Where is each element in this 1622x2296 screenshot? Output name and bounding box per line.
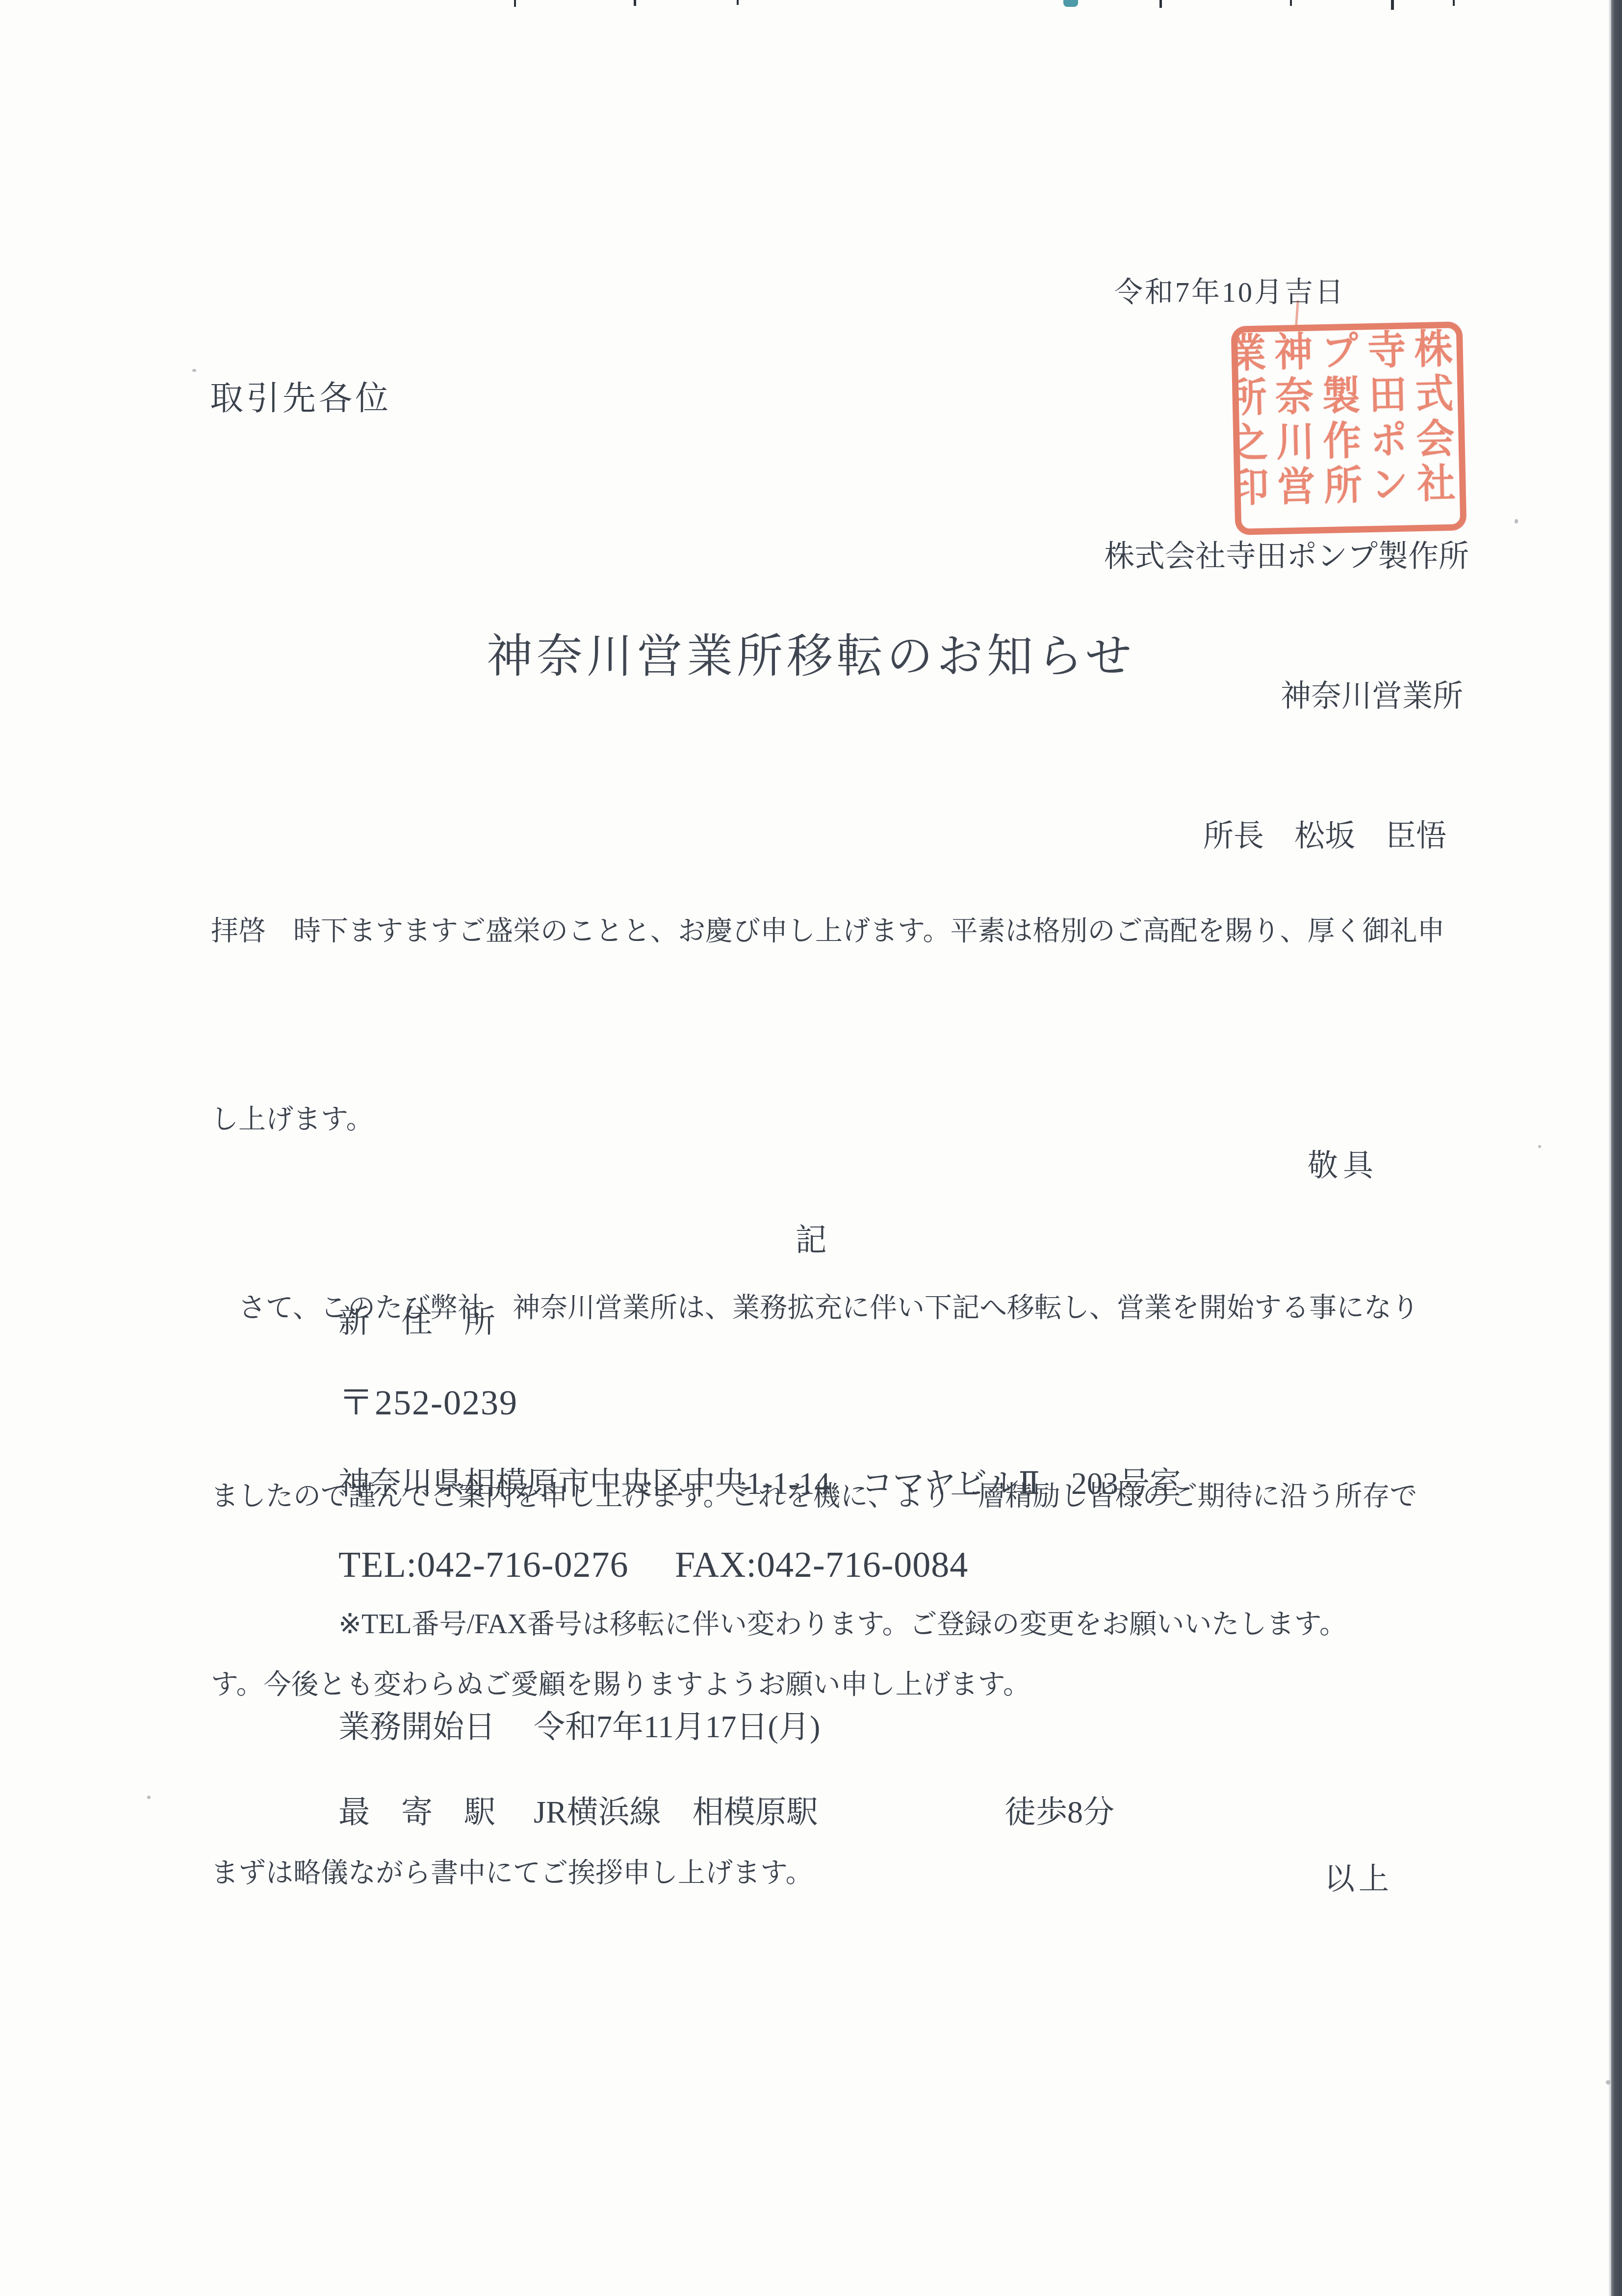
end-marker-ijou: 以上 [1324,1854,1393,1898]
business-start-date: 令和7年11月17日(月) [534,1701,820,1747]
letter-date: 令和7年10月吉日 [1114,269,1345,310]
new-address-label: 新 住 所 [338,1296,495,1341]
scan-artifact-teal [1063,0,1078,7]
business-start-label: 業務開始日 [338,1701,495,1747]
tel-fax-line: TEL:042-716-0276 FAX:042-716-0084 [338,1536,968,1588]
tel-change-note: ※TEL番号/FAX番号は移転に伴い変わります。ご登録の変更をお願いいたします。 [338,1602,1347,1642]
postal-code: 〒252-0239 [338,1374,518,1425]
scan-speck [192,369,196,372]
scan-artifact [1290,0,1292,6]
sender-block: 株式会社寺田ポンプ製作所 神奈川営業所 所長 松坂 臣悟 [1104,441,1469,953]
recipient-line: 取引先各位 [210,372,391,419]
new-address-value: 神奈川県相模原市中央区中央1-1-14 コマヤビルⅡ 203号室 [338,1458,1181,1503]
nearest-station-value: JR横浜線 相模原駅 [534,1787,818,1832]
scan-edge-band [1611,0,1622,2296]
body-line-6: まずは略儀ながら書中にてご挨拶申し上げます。 [211,1842,1447,1905]
scan-speck [1606,2080,1611,2085]
record-marker-ki: 記 [0,1215,1622,1260]
scan-edge-shadow [1608,0,1611,2296]
sender-company: 株式会社寺田ポンプ製作所 [1104,534,1469,580]
scan-artifact [737,0,739,5]
scanned-letter-page: 株式会社寺田ポンプ製作所神奈川営業所之印 令和7年10月吉日 取引先各位 株式会… [0,0,1622,2296]
scan-speck [147,1796,151,1799]
scan-artifact [1391,0,1394,10]
scan-artifact [514,0,516,7]
sender-manager: 所長 松坂 臣悟 [1104,813,1446,860]
closing-keigu: 敬具 [1308,1141,1378,1185]
scan-speck [1515,519,1518,523]
nearest-station-label: 最 寄 駅 [338,1787,495,1832]
sender-office: 神奈川営業所 [1104,674,1463,720]
scan-speck [1538,1145,1541,1148]
walk-time: 徒歩8分 [1004,1787,1114,1832]
scan-artifact [634,0,636,6]
scan-artifact [1453,0,1455,6]
scan-artifact [1159,0,1162,8]
body-line-2: し上げます。 [211,1088,1447,1151]
